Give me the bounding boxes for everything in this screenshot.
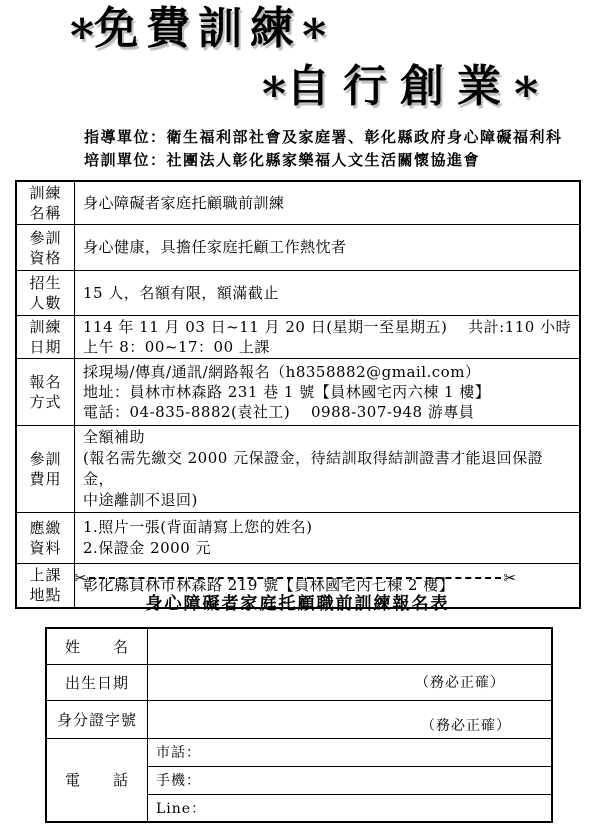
row-value-quota: 15 人，名額有限，額滿截止 [75,271,581,316]
asterisk-right-icon: * [514,67,538,121]
form-label-id-number: 身分證字號 [46,700,148,738]
row-value-training-name: 身心障礙者家庭托顧職前訓練 [75,181,581,225]
table-row: 報名 方式 採現場/傳真/通訊/網路報名（h8358882@gmail.com）… [16,359,580,426]
row-value-qualification: 身心健康，具擔任家庭托顧工作熱忱者 [75,225,581,271]
row-label-required-documents: 應繳 資料 [16,513,75,564]
registration-form-table: 姓 名 出生日期 （務必正確） 身分證字號 （務必正確） 電 話 市話： 手機：… [45,627,553,823]
registration-form-title: 身心障礙者家庭托顧職前訓練報名表 [0,589,595,614]
document-page: *免費訓練* *自行創業* 指導單位：衛生福利部社會及家庭署、彰化縣政府身心障礙… [0,0,595,835]
birthdate-input-cell: （務必正確） [148,664,553,700]
birthdate-accuracy-note: （務必正確） [415,675,505,691]
table-row: 姓 名 [46,628,552,664]
row-label-dates: 訓練 日期 [16,316,75,359]
headline-free-training-text: 免費訓練 [94,3,302,54]
table-row: 招生 人數 15 人，名額有限，額滿截止 [16,271,580,316]
table-row: 身分證字號 （務必正確） [46,700,552,738]
row-value-registration-method: 採現場/傳真/通訊/網路報名（h8358882@gmail.com） 地址：員林… [75,359,581,426]
table-row: 參訓 費用 全額補助 (報名需先繳交 2000 元保證金，待結訓取得結訓證書才能… [16,426,580,513]
table-row: 參訓 資格 身心健康，具擔任家庭托顧工作熱忱者 [16,225,580,271]
row-value-required-documents: 1.照片一張(背面請寫上您的姓名) 2.保證金 2000 元 [75,513,581,564]
row-label-training-name: 訓練 名稱 [16,181,75,225]
headline-self-employment-text: 自行創業 [286,61,514,112]
headline-self-employment: *自行創業* [262,62,538,109]
row-label-registration-method: 報名 方式 [16,359,75,426]
row-value-dates: 114 年 11 月 03 日~11 月 20 日(星期一至星期五) 共計:11… [75,316,581,359]
headline-free-training: *免費訓練* [70,4,326,51]
training-info-table: 訓練 名稱 身心障礙者家庭托顧職前訓練 參訓 資格 身心健康，具擔任家庭托顧工作… [15,180,581,609]
row-value-fee: 全額補助 (報名需先繳交 2000 元保證金，待結訓取得結訓證書才能退回保證金，… [75,426,581,513]
training-unit-line: 培訓單位：社團法人彰化縣家樂福人文生活關懷協進會 [84,149,563,172]
landline-input-cell: 市話： [148,738,553,766]
form-label-birthdate: 出生日期 [46,664,148,700]
supervising-unit-line: 指導單位：衛生福利部社會及家庭署、彰化縣政府身心障礙福利科 [84,126,563,149]
asterisk-left-icon: * [70,9,94,63]
form-label-name: 姓 名 [46,628,148,664]
row-label-quota: 招生 人數 [16,271,75,316]
table-row: 訓練 名稱 身心障礙者家庭托顧職前訓練 [16,181,580,225]
id-number-accuracy-note: （務必正確） [421,718,511,734]
scissors-icon: ✂ [74,569,87,587]
table-row: 應繳 資料 1.照片一張(背面請寫上您的姓名) 2.保證金 2000 元 [16,513,580,564]
line-id-input-cell: Line： [148,794,553,822]
table-row: 出生日期 （務必正確） [46,664,552,700]
row-label-qualification: 參訓 資格 [16,225,75,271]
row-label-fee: 參訓 費用 [16,426,75,513]
mobile-input-cell: 手機： [148,766,553,794]
table-row: 訓練 日期 114 年 11 月 03 日~11 月 20 日(星期一至星期五)… [16,316,580,359]
id-number-input-cell: （務必正確） [148,700,553,738]
organizer-lines: 指導單位：衛生福利部社會及家庭署、彰化縣政府身心障礙福利科 培訓單位：社團法人彰… [84,126,563,172]
name-input-cell [148,628,553,664]
asterisk-right-icon: * [302,9,326,63]
dashed-line [89,577,502,579]
table-row: 電 話 市話： [46,738,552,766]
asterisk-left-icon: * [262,67,286,121]
scissors-icon: ✂ [503,569,516,587]
cut-line: ✂ ✂ [74,570,516,586]
form-label-phone: 電 話 [46,738,148,822]
